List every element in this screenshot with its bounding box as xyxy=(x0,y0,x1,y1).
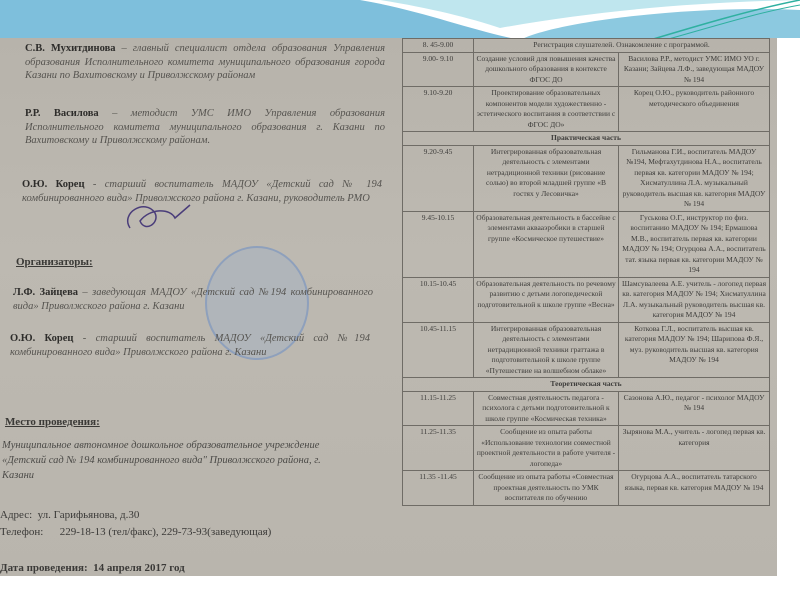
photo-edge xyxy=(777,38,800,576)
organizer-zaytseva: Л.Ф. Зайцева – заведующая МАДОУ «Детский… xyxy=(13,286,373,313)
schedule-presenter: Корец О.Ю., руководитель районного метод… xyxy=(619,87,770,132)
schedule-row: 10.45-11.15Интегрированная образовательн… xyxy=(403,322,770,378)
schedule-row: 10.15-10.45Образовательная деятельность … xyxy=(403,277,770,322)
schedule-presenter: Сазонова А.Ю., педагог - психолог МАДОУ … xyxy=(619,391,770,426)
document-photo: С.В. Мухитдинова – главный специалист от… xyxy=(0,38,800,576)
organizer-korets: О.Ю. Корец - старший воспитатель МАДОУ «… xyxy=(10,332,370,359)
schedule-row: 11.25-11.35Сообщение из опыта работы «Ис… xyxy=(403,426,770,471)
schedule-row: 11.35 -11.45Сообщение из опыта работы «С… xyxy=(403,471,770,506)
schedule-table-wrap: 8. 45-9.00Регистрация слушателей. Ознако… xyxy=(402,38,770,506)
schedule-section-title: Практическая часть xyxy=(403,132,770,146)
schedule-presenter: Шамсувалеева А.Е. учитель - логопед перв… xyxy=(619,277,770,322)
schedule-activity: Регистрация слушателей. Ознакомление с п… xyxy=(474,39,770,53)
venue-phone: Телефон: 229-18-13 (тел/факс), 229-73-93… xyxy=(0,525,271,540)
schedule-row: 11.15-11.25Совместная деятельность педаг… xyxy=(403,391,770,426)
schedule-activity: Совместная деятельность педагога - психо… xyxy=(474,391,619,426)
schedule-time: 9.45-10.15 xyxy=(403,211,474,277)
venue-text: Муниципальное автономное дошкольное обра… xyxy=(2,438,322,483)
schedule-activity: Сообщение из опыта работы «Совместная пр… xyxy=(474,471,619,506)
participant-mukhitdinova: С.В. Мухитдинова – главный специалист от… xyxy=(25,42,385,83)
signature xyxy=(120,193,200,243)
schedule-time: 11.15-11.25 xyxy=(403,391,474,426)
schedule-row: 9.10-9.20Проектирование образовательных … xyxy=(403,87,770,132)
schedule-time: 11.35 -11.45 xyxy=(403,471,474,506)
schedule-activity: Интегрированная образовательная деятельн… xyxy=(474,145,619,211)
schedule-row: 8. 45-9.00Регистрация слушателей. Ознако… xyxy=(403,39,770,53)
schedule-activity: Создание условий для повышения качества … xyxy=(474,52,619,87)
participant-korets: О.Ю. Корец - старший воспитатель МАДОУ «… xyxy=(22,178,382,205)
schedule-section-title: Теоретическая часть xyxy=(403,378,770,392)
program-left-page: С.В. Мухитдинова – главный специалист от… xyxy=(0,38,395,576)
participant-vasilova: Р.Р. Василова – методист УМС ИМО Управле… xyxy=(25,107,385,148)
schedule-time: 10.45-11.15 xyxy=(403,322,474,378)
schedule-activity: Проектирование образовательных компонент… xyxy=(474,87,619,132)
schedule-presenter: Гуськова О.Г., инструктор по физ. воспит… xyxy=(619,211,770,277)
schedule-presenter: Огурцова А.А., воспитатель татарского яз… xyxy=(619,471,770,506)
schedule-row: 9.20-9.45Интегрированная образовательная… xyxy=(403,145,770,211)
schedule-presenter: Гильманова Г.И., воспитатель МАДОУ №194,… xyxy=(619,145,770,211)
schedule-section-row: Практическая часть xyxy=(403,132,770,146)
schedule-time: 10.15-10.45 xyxy=(403,277,474,322)
schedule-row: 9.00- 9.10Создание условий для повышения… xyxy=(403,52,770,87)
venue-heading: Место проведения: xyxy=(5,416,100,428)
schedule-time: 9.10-9.20 xyxy=(403,87,474,132)
schedule-section-row: Теоретическая часть xyxy=(403,378,770,392)
schedule-row: 9.45-10.15Образовательная деятельность в… xyxy=(403,211,770,277)
schedule-time: 8. 45-9.00 xyxy=(403,39,474,53)
schedule-activity: Сообщение из опыта работы «Использование… xyxy=(474,426,619,471)
schedule-activity: Образовательная деятельность в бассейне … xyxy=(474,211,619,277)
venue-address: Адрес: ул. Гарифьянова, д.30 xyxy=(0,508,139,523)
schedule-activity: Образовательная деятельность по речевому… xyxy=(474,277,619,322)
schedule-presenter: Василова Р.Р., методист УМС ИМО УО г. Ка… xyxy=(619,52,770,87)
schedule-time: 11.25-11.35 xyxy=(403,426,474,471)
schedule-time: 9.00- 9.10 xyxy=(403,52,474,87)
schedule-table: 8. 45-9.00Регистрация слушателей. Ознако… xyxy=(402,38,770,506)
schedule-presenter: Коткова Г.Л., воспитатель высшая кв. кат… xyxy=(619,322,770,378)
schedule-time: 9.20-9.45 xyxy=(403,145,474,211)
organizers-heading: Организаторы: xyxy=(16,256,93,268)
schedule-presenter: Зырянова М.А., учитель - логопед первая … xyxy=(619,426,770,471)
schedule-activity: Интегрированная образовательная деятельн… xyxy=(474,322,619,378)
event-date: Дата проведения: 14 апреля 2017 год xyxy=(0,561,185,576)
